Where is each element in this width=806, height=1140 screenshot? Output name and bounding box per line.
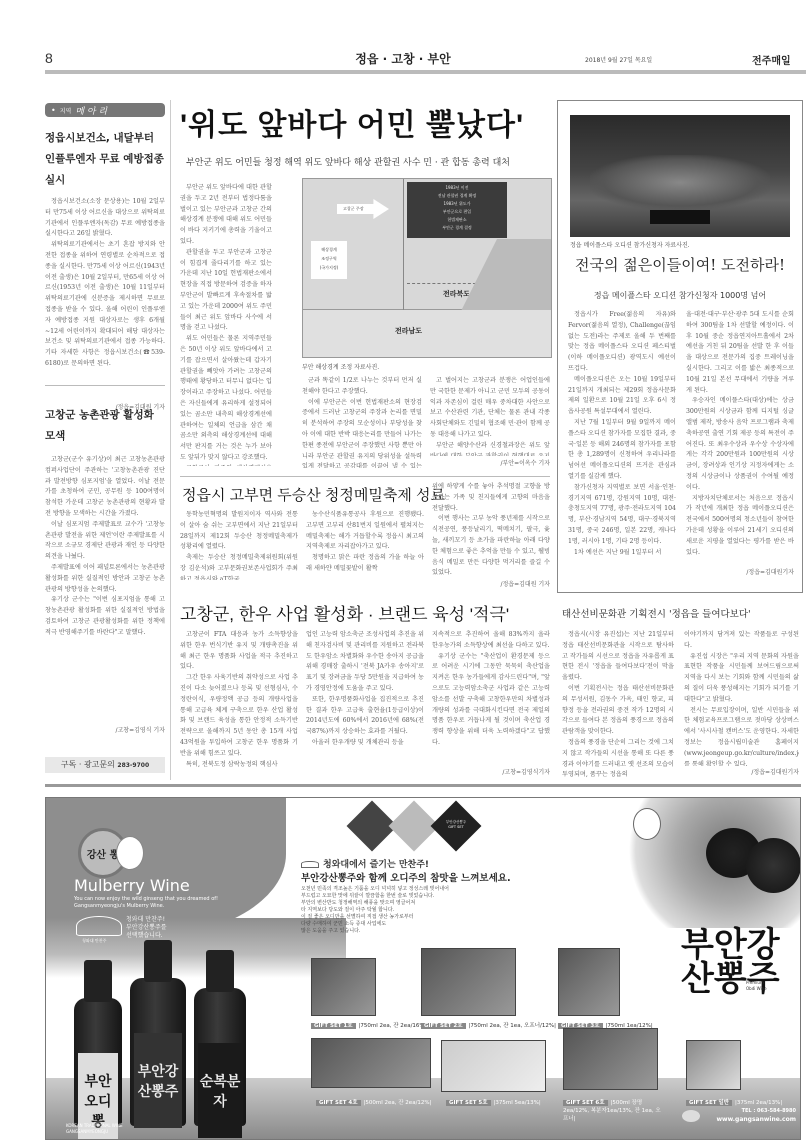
ad-website[interactable]: www.gangsanwine.com (706, 1116, 796, 1123)
sidebar-article-tourism: 고창군 농촌관광 활성화 모색 고창군(군수 유기상)이 최근 고창농촌관광 컴… (45, 405, 165, 734)
byline: /고창=김영식기자 (432, 767, 550, 776)
issue-date: 2018년 9월 27일 목요일 (585, 55, 652, 64)
gift-set-basic-caption: GIFT SET 일반|375ml 2ea/13%| (686, 1098, 782, 1106)
headline: 고창군 농촌관광 활성화 모색 (45, 405, 165, 447)
mascot-icon (116, 836, 144, 870)
ad-tel: TEL : 063-584-8980 (706, 1108, 796, 1114)
maple-headline: 전국의 젊은이들이여! 도전하라! (557, 254, 803, 275)
bottle-3: 순복분자 (194, 988, 246, 1126)
festival-col-3: 위에 하얗게 수를 놓아 추석명절 고향을 방문하는 가족 및 친지들에게 고향… (432, 482, 550, 578)
newspaper-name: 전주매일 (752, 52, 791, 67)
maple-subhead: 정읍 메이플스타 오디션 참가신청자 1000명 넘어 (557, 290, 803, 301)
maple-col-2: 울·대전·대구·부산·광주 5대 도시를 순회하여 300팀을 1차 선발할 예… (686, 310, 794, 565)
headline-line: 인플루엔자 무료 예방접종 실시 (45, 149, 165, 191)
festival-col-2: 농수산식품유통공사 후원으로 진행됐다. 고부면 고부리 산81번지 일원에서 … (306, 510, 424, 580)
sea-boundary-map: 고창군 주장 해상경계조정구역(국가지정) 1983년 이전전남 관할권 경계 … (302, 178, 552, 310)
lead-subhead: 부안군 위도 어민들 청정 해역 위도 앞바다 해상 관할권 사수 민 · 관 … (186, 155, 510, 168)
mulberry-wine-ad: 강산 뽕 Mulberry Wine You can now enjoy the… (45, 797, 801, 1140)
tag-small-label: 지역 (60, 106, 72, 115)
region-echo-tag: • 지역 메 아 리 (45, 103, 165, 117)
map-label-north: 전라북도 (443, 289, 470, 299)
map-label-south: 전라남도 (395, 326, 422, 336)
festival-col-1: 동학농민혁명의 발원지이자 역사와 전통이 살아 숨 쉬는 고부면에서 지난 2… (180, 510, 298, 580)
ad-headline-1: 청와대에서 즐기는 만찬주! (301, 857, 429, 870)
byline: /정읍=김대원기자 (684, 767, 799, 776)
hanwoo-col-3: 지속적으로 추진하여 올해 83%까지 올라 한우농가의 소득향상에 최선을 다… (432, 630, 550, 766)
byline: /정읍=김대원 기자 (432, 579, 550, 588)
gift-set-1 (311, 958, 376, 1016)
gift-set-3 (558, 948, 620, 1016)
ad-headline-2: 부안강산뽕주와 함께 오디주의 참맛을 느껴보세요. (301, 870, 511, 884)
subscription-box: 구독 · 광고문의 283-9700 (45, 757, 165, 773)
ad-body: 오천년 민족의 격조높은 기품을 오디 넉넉히 넣고 정성스레 빚어내어부드럽고… (301, 886, 449, 935)
gift-set-6-caption: GIFT SET 6호|500ml 장명2ea/12%, 복분자1ea/13%,… (563, 1098, 663, 1122)
byline: /고창=김영식 기자 (45, 725, 165, 734)
maker-logo: KOREAN TRADITIONAL WINEGANGSANMYEONGJU (66, 1123, 123, 1135)
bluehouse-icon (76, 916, 122, 936)
headline-line: 정읍시보건소, 내달부터 (45, 128, 165, 149)
arrow-icon: 고창군 주장 (337, 199, 389, 219)
audition-photo (570, 115, 790, 237)
festival-headline: 정읍시 고부면 두승산 청정메밀축제 성료 (182, 484, 445, 505)
gift-set-2-caption: GIFT SET 2호|750ml 2ea, 잔 1ea, 오프너/12%| (421, 1021, 556, 1029)
article-body: 정읍시보건소(소장 문상용)는 10월 2일부터 만75세 이상 어르신을 대상… (45, 197, 165, 402)
subscription-phone: 283-9700 (117, 762, 149, 769)
map-caption: 부안 해상경계 조정 자료사진. (302, 362, 379, 371)
bullet-icon: • (51, 106, 56, 115)
byline: /부안=이옥수 기자 (430, 458, 550, 467)
article-body: 고창군(군수 유기상)이 최근 고창농촌관광 컴퍼사업단이 주관하는 '고창농촌… (45, 455, 165, 725)
tag-big-label: 메 아 리 (75, 104, 107, 117)
brand-logo: 부안강산뽕주 (681, 928, 800, 996)
hanwoo-col-1: 고창군이 FTA 대응과 농가 소득향상을 위한 한우 번식기반 유지 및 개량… (180, 630, 298, 778)
lead-headline: '위도 앞바다 어민 뿔났다' (180, 100, 524, 144)
gift-set-basic (686, 1040, 741, 1090)
exhibit-col-1: 정읍시(시장 유진섭)는 지난 21일부터 정읍 태산선비문화관을 시작으로 탐… (562, 630, 674, 778)
gift-set-5 (441, 1040, 546, 1092)
gift-set-4-caption: GIFT SET 4호|500ml 2ea, 잔 2ea/12%| (316, 1098, 432, 1106)
sidebar-article-flu: 정읍시보건소, 내달부터 인플루엔자 무료 예방접종 실시 정읍시보건소(소장 … (45, 128, 165, 411)
lead-col-1: 부안군 위도 앞바다에 대한 관할권을 두고 2년 전부터 법정다툼을 벌이고 … (180, 183, 272, 466)
mascot-icon (633, 808, 661, 840)
gift-set-1-caption: GIFT SET 1호|750ml 2ea, 잔 2ea/16%| (311, 1021, 427, 1029)
bluehouse-small-icon (301, 861, 319, 868)
gift-set-4 (311, 1038, 431, 1088)
hanwoo-headline: 고창군, 한우 사업 활성화 · 브랜드 육성 '적극' (180, 600, 509, 625)
bottle-1: 부안오디뽕 (74, 998, 122, 1126)
hanwoo-col-2: 업인 고능력 암소축군 조성사업의 추진을 위해 친자검사비 및 관리비를 지원… (306, 630, 424, 778)
company-logo-icon (682, 1110, 700, 1122)
maple-col-1: 정읍시가 Free(젊음의 자유)와 Fervor(젊음의 열정), Chall… (568, 310, 676, 580)
header-rule (45, 70, 806, 74)
lead-col-2: 군과 똑같이 1/2로 나누는 것부터 먼저 실천해야 한다고 주장했다. 이에… (302, 376, 422, 468)
ad-title: Mulberry Wine (74, 876, 190, 895)
map-info-box: 1983년 이전전남 관할권 경계 확정 1983년 위도가부안군으로 편입 헌… (407, 182, 507, 238)
gift-set-2 (421, 948, 516, 1016)
bottle-2: 부안강산뽕주 (130, 978, 186, 1126)
gift-set-5-caption: GIFT SET 5호|375ml 5ea/13%| (446, 1098, 541, 1106)
gift-set-6 (563, 1028, 658, 1090)
ad-tagline: You can now enjoy the wild ginseng that … (74, 896, 218, 910)
exhibit-headline: 태산선비문화관 기획전시 '정읍을 들여다보다' (562, 606, 751, 620)
lead-col-3: 고 벌어지는 고창군과 분쟁은 어업인들에만 국한한 문제가 아니고 군민 모두… (430, 376, 550, 456)
byline: /정읍=김대원기자 (686, 567, 794, 576)
map-side-box: 해상경계조정구역(국가지정) (311, 241, 347, 279)
section-title: 정읍 · 고창 · 부안 (0, 50, 806, 67)
photo-caption: 정읍 메이플스타 오디션 참가신청자 자료사진. (570, 240, 690, 249)
exhibit-col-2: 이야기까지 담겨져 있는 작품들로 구성된다. 유진섭 시장은 "우리 지역 문… (684, 630, 799, 766)
bluehouse-text: 청와대 만찬주!부안강산뽕주를선택했습니다. (126, 916, 167, 940)
